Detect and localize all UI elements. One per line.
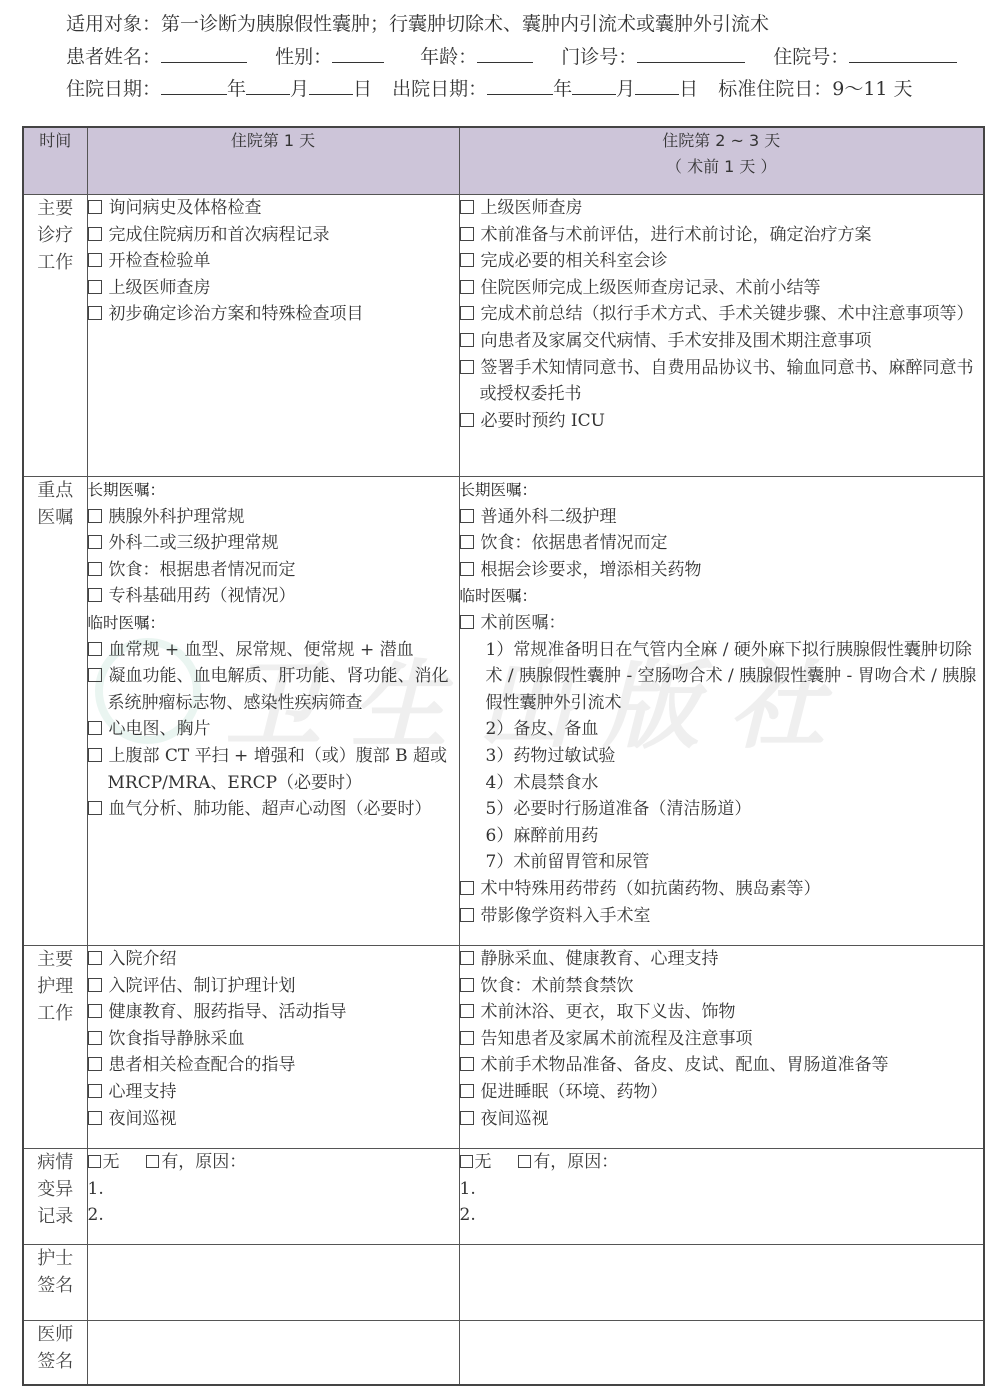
checkbox-icon[interactable] [460, 881, 474, 895]
checklist-item[interactable]: 上腹部 CT 平扫 + 增强和（或）腹部 B 超或 MRCP/MRA、ERCP（… [88, 743, 459, 796]
checklist-item[interactable]: 向患者及家属交代病情、手术安排及围术期注意事项 [460, 328, 984, 355]
item-text: 普通外科二级护理 [481, 507, 617, 527]
admission-day-field[interactable] [309, 72, 353, 95]
item-text: 专科基础用药（视情况） [109, 586, 296, 606]
checkbox-icon[interactable] [88, 280, 102, 294]
admission-date-label: 住院日期： [66, 78, 161, 100]
main-work-day23: 上级医师查房 术前准备与术前评估，进行术前讨论，确定治疗方案 完成必要的相关科室… [459, 195, 984, 477]
checkbox-icon[interactable] [88, 721, 102, 735]
row-doctor-signature: 医师 签名 [23, 1321, 984, 1385]
checkbox-icon[interactable] [460, 615, 474, 629]
checkbox-icon[interactable] [460, 306, 474, 320]
label-line: 变异 [24, 1176, 87, 1203]
checklist-item[interactable]: 开检查检验单 [88, 248, 459, 275]
item-text: 夜间巡视 [109, 1109, 177, 1129]
checkbox-icon[interactable] [460, 200, 474, 214]
checkbox-icon[interactable] [88, 306, 102, 320]
checkbox-icon[interactable] [460, 253, 474, 267]
nurse-signature-day23[interactable] [459, 1245, 984, 1321]
age-label: 年龄： [420, 46, 477, 68]
item-text: 初步确定诊治方案和特殊检查项目 [109, 304, 364, 324]
item-text: 住院医师完成上级医师查房记录、术前小结等 [481, 278, 821, 298]
checkbox-icon[interactable] [460, 1155, 473, 1168]
checklist-item[interactable]: 必要时预约 ICU [460, 408, 984, 435]
checkbox-icon[interactable] [460, 1004, 474, 1018]
variation-options: 无 有，原因： [460, 1149, 984, 1176]
label-line: 主要 [24, 195, 87, 222]
nursing-day23: 静脉采血、健康教育、心理支持 饮食：术前禁食禁饮 术前沐浴、更衣，取下义齿、饰物… [459, 946, 984, 1149]
month-label: 月 [290, 78, 309, 100]
row-main-work: 主要 诊疗 工作 询问病史及体格检查 完成住院病历和首次病程记录 开检查检验单 … [23, 195, 984, 477]
item-text: 健康教育、服药指导、活动指导 [109, 1002, 347, 1022]
checkbox-icon[interactable] [88, 1111, 102, 1125]
checklist-item[interactable]: 带影像学资料入手术室 [460, 903, 984, 930]
admission-month-field[interactable] [246, 72, 290, 95]
checklist-item[interactable]: 完成必要的相关科室会诊 [460, 248, 984, 275]
checklist-item[interactable]: 初步确定诊治方案和特殊检查项目 [88, 301, 459, 328]
checkbox-icon[interactable] [460, 509, 474, 523]
checkbox-icon[interactable] [460, 1111, 474, 1125]
checklist-item[interactable]: 完成住院病历和首次病程记录 [88, 222, 459, 249]
discharge-date-label: 出院日期： [392, 78, 487, 100]
gender-label: 性别： [275, 46, 332, 68]
form-intro: 适用对象：第一诊断为胰腺假性囊肿；行囊肿切除术、囊肿内引流术或囊肿外引流术 患者… [66, 8, 986, 104]
item-text: 静脉采血、健康教育、心理支持 [481, 949, 719, 969]
option-text: 无 [475, 1152, 492, 1172]
item-text: 心电图、胸片 [109, 719, 211, 739]
checklist-item[interactable]: 术前沐浴、更衣，取下义齿、饰物 [460, 999, 984, 1026]
checklist-item[interactable]: 上级医师查房 [88, 275, 459, 302]
checklist-item[interactable]: 普通外科二级护理 [460, 504, 984, 531]
row-nursing: 主要 护理 工作 入院介绍 入院评估、制订护理计划 健康教育、服药指导、活动指导… [23, 946, 984, 1149]
label-line: 签名 [24, 1348, 87, 1375]
checkbox-icon[interactable] [460, 413, 474, 427]
checklist-item[interactable]: 饮食指导静脉采血 [88, 1026, 459, 1053]
checkbox-icon[interactable] [88, 253, 102, 267]
checklist-item[interactable]: 完成术前总结（拟行手术方式、手术关键步骤、术中注意事项等） [460, 301, 984, 328]
checkbox-icon[interactable] [88, 535, 102, 549]
item-text: 术中特殊用药带药（如抗菌药物、胰岛素等） [481, 879, 821, 899]
admission-year-field[interactable] [161, 72, 227, 95]
long-term-orders-heading: 长期医嘱： [88, 477, 459, 504]
gender-field[interactable] [332, 40, 384, 63]
variation-none-option[interactable]: 无 [88, 1152, 120, 1172]
checklist-item[interactable]: 术前医嘱： [460, 610, 984, 637]
month-label: 月 [616, 78, 635, 100]
item-text: 患者相关检查配合的指导 [109, 1055, 296, 1075]
row-label-doctor-signature: 医师 签名 [23, 1321, 87, 1385]
label-line: 医嘱 [24, 504, 87, 531]
item-text: 饮食：术前禁食禁饮 [481, 976, 634, 996]
checkbox-icon[interactable] [88, 1004, 102, 1018]
patient-info-line: 患者姓名： 性别： 年龄： 门诊号： 住院号： [66, 40, 986, 72]
checkbox-icon[interactable] [88, 1057, 102, 1071]
item-text: 饮食：根据患者情况而定 [109, 560, 296, 580]
checklist-item[interactable]: 患者相关检查配合的指导 [88, 1052, 459, 1079]
checkbox-icon[interactable] [88, 509, 102, 523]
checklist-item[interactable]: 术中特殊用药带药（如抗菌药物、胰岛素等） [460, 876, 984, 903]
label-line: 诊疗 [24, 222, 87, 249]
row-key-orders: 重点 医嘱 长期医嘱： 胰腺外科护理常规 外科二或三级护理常规 饮食：根据患者情… [23, 477, 984, 946]
nursing-day1: 入院介绍 入院评估、制订护理计划 健康教育、服药指导、活动指导 饮食指导静脉采血… [87, 946, 459, 1149]
applicable-label: 适用对象： [66, 13, 161, 35]
outpatient-no-label: 门诊号： [561, 46, 637, 68]
item-text: 上级医师查房 [109, 278, 211, 298]
label-line: 签名 [24, 1272, 87, 1299]
item-text: 带影像学资料入手术室 [481, 906, 651, 926]
item-text: 签署手术知情同意书、自费用品协议书、输血同意书、麻醉同意书或授权委托书 [480, 358, 974, 405]
item-text: 夜间巡视 [481, 1109, 549, 1129]
checklist-item[interactable]: 专科基础用药（视情况） [88, 583, 459, 610]
checkbox-icon[interactable] [88, 562, 102, 576]
variation-options: 无 有，原因： [88, 1149, 459, 1176]
row-label-variation: 病情 变异 记录 [23, 1149, 87, 1245]
checkbox-icon[interactable] [88, 951, 102, 965]
day-label: 日 [353, 78, 372, 100]
variation-line-1[interactable]: 1. [460, 1176, 984, 1203]
row-label-nurse-signature: 护士 签名 [23, 1245, 87, 1321]
day-label: 日 [679, 78, 698, 100]
standard-stay-label: 标准住院日： [718, 78, 832, 100]
discharge-year-field[interactable] [487, 72, 553, 95]
row-label-main-work: 主要 诊疗 工作 [23, 195, 87, 477]
item-text: 询问病史及体格检查 [109, 198, 262, 218]
clinical-pathway-table: 时间 住院第 1 天 住院第 2 ~ 3 天 （ 术前 1 天 ） 主要 诊疗 … [22, 126, 985, 1386]
checkbox-icon[interactable] [88, 1031, 102, 1045]
checkbox-icon[interactable] [460, 978, 474, 992]
dates-line: 住院日期：年月日 出院日期：年月日 标准住院日：9～11 天 [66, 72, 986, 104]
checklist-item[interactable]: 夜间巡视 [460, 1106, 984, 1133]
label-line: 记录 [24, 1203, 87, 1230]
checklist-item[interactable]: 住院医师完成上级医师查房记录、术前小结等 [460, 275, 984, 302]
preop-subitem: 4）术晨禁食水 [460, 770, 984, 797]
checkbox-icon[interactable] [88, 1084, 102, 1098]
option-text: 无 [103, 1152, 120, 1172]
item-text: 告知患者及家属术前流程及注意事项 [481, 1029, 753, 1049]
label-line: 工作 [24, 1000, 87, 1027]
preop-subitem: 5）必要时行肠道准备（清洁肠道） [460, 796, 984, 823]
option-text: 有，原因： [533, 1152, 618, 1172]
item-text: 术前手术物品准备、备皮、皮试、配血、胃肠道准备等 [481, 1055, 889, 1075]
header-day1: 住院第 1 天 [87, 127, 459, 195]
checkbox-icon[interactable] [88, 748, 102, 762]
preop-subitem: 7）术前留胃管和尿管 [460, 849, 984, 876]
item-text: 完成必要的相关科室会诊 [481, 251, 668, 271]
checklist-item[interactable]: 告知患者及家属术前流程及注意事项 [460, 1026, 984, 1053]
checkbox-icon[interactable] [460, 280, 474, 294]
option-text: 有，原因： [161, 1152, 246, 1172]
checkbox-icon[interactable] [518, 1155, 531, 1168]
item-text: 入院评估、制订护理计划 [109, 976, 296, 996]
label-line: 工作 [24, 249, 87, 276]
patient-name-label: 患者姓名： [66, 46, 161, 68]
patient-name-field[interactable] [161, 40, 247, 63]
checklist-item[interactable]: 入院评估、制订护理计划 [88, 973, 459, 1000]
checkbox-icon[interactable] [88, 1155, 101, 1168]
checklist-item[interactable]: 胰腺外科护理常规 [88, 504, 459, 531]
checkbox-icon[interactable] [460, 1057, 474, 1071]
checklist-item[interactable]: 饮食：根据患者情况而定 [88, 557, 459, 584]
doctor-signature-day1[interactable] [87, 1321, 459, 1385]
checklist-item[interactable]: 促进睡眠（环境、药物） [460, 1079, 984, 1106]
checklist-item[interactable]: 饮食：依据患者情况而定 [460, 530, 984, 557]
checkbox-icon[interactable] [88, 978, 102, 992]
checkbox-icon[interactable] [460, 333, 474, 347]
checkbox-icon[interactable] [146, 1155, 159, 1168]
item-text: 心理支持 [109, 1082, 177, 1102]
checklist-item[interactable]: 上级医师查房 [460, 195, 984, 222]
checkbox-icon[interactable] [460, 951, 474, 965]
nurse-signature-day1[interactable] [87, 1245, 459, 1321]
checklist-item[interactable]: 健康教育、服药指导、活动指导 [88, 999, 459, 1026]
header-day23-line2: （ 术前 1 天 ） [460, 154, 984, 180]
label-line: 医师 [24, 1321, 87, 1348]
row-label-key-orders: 重点 医嘱 [23, 477, 87, 946]
item-text: 必要时预约 ICU [481, 411, 605, 431]
header-day23: 住院第 2 ~ 3 天 （ 术前 1 天 ） [459, 127, 984, 195]
item-text: 凝血功能、血电解质、肝功能、肾功能、消化系统肿瘤标志物、感染性疾病筛查 [108, 666, 449, 713]
checklist-item[interactable]: 血气分析、肺功能、超声心动图（必要时） [88, 796, 459, 823]
key-orders-day1: 长期医嘱： 胰腺外科护理常规 外科二或三级护理常规 饮食：根据患者情况而定 专科… [87, 477, 459, 946]
preop-subitem: 6）麻醉前用药 [460, 823, 984, 850]
checklist-item[interactable]: 外科二或三级护理常规 [88, 530, 459, 557]
checklist-item[interactable]: 术前手术物品准备、备皮、皮试、配血、胃肠道准备等 [460, 1052, 984, 1079]
item-text: 术前医嘱： [481, 613, 566, 633]
checkbox-icon[interactable] [88, 668, 102, 682]
item-text: 入院介绍 [109, 949, 177, 969]
applicable-line: 适用对象：第一诊断为胰腺假性囊肿；行囊肿切除术、囊肿内引流术或囊肿外引流术 [66, 8, 986, 40]
checkbox-icon[interactable] [460, 227, 474, 241]
variation-line-2[interactable]: 2. [88, 1202, 459, 1229]
checkbox-icon[interactable] [460, 1031, 474, 1045]
variation-day23: 无 有，原因： 1. 2. [459, 1149, 984, 1245]
variation-yes-option[interactable]: 有，原因： [518, 1152, 618, 1172]
variation-line-2[interactable]: 2. [460, 1202, 984, 1229]
outpatient-no-field[interactable] [637, 40, 745, 63]
checkbox-icon[interactable] [88, 801, 102, 815]
doctor-signature-day23[interactable] [459, 1321, 984, 1385]
age-field[interactable] [477, 40, 533, 63]
header-day23-line1: 住院第 2 ~ 3 天 [460, 128, 984, 154]
item-text: 饮食指导静脉采血 [109, 1029, 245, 1049]
checklist-item[interactable]: 签署手术知情同意书、自费用品协议书、输血同意书、麻醉同意书或授权委托书 [460, 355, 984, 408]
label-line: 病情 [24, 1149, 87, 1176]
checklist-item[interactable]: 根据会诊要求，增添相关药物 [460, 557, 984, 584]
item-text: 术前沐浴、更衣，取下义齿、饰物 [481, 1002, 736, 1022]
temporary-orders-heading: 临时医嘱： [88, 610, 459, 637]
checklist-item[interactable]: 心电图、胸片 [88, 716, 459, 743]
preop-subitem: 3）药物过敏试验 [460, 743, 984, 770]
variation-line-1[interactable]: 1. [88, 1176, 459, 1203]
item-text: 完成术前总结（拟行手术方式、手术关键步骤、术中注意事项等） [481, 304, 974, 324]
checklist-item[interactable]: 静脉采血、健康教育、心理支持 [460, 946, 984, 973]
header-time: 时间 [23, 127, 87, 195]
variation-yes-option[interactable]: 有，原因： [146, 1152, 246, 1172]
checkbox-icon[interactable] [88, 588, 102, 602]
checklist-item[interactable]: 血常规 + 血型、尿常规、便常规 + 潜血 [88, 637, 459, 664]
preop-subitem: 1）常规准备明日在气管内全麻 / 硬外麻下拟行胰腺假性囊肿切除术 / 胰腺假性囊… [460, 637, 984, 717]
checkbox-icon[interactable] [460, 535, 474, 549]
checklist-item[interactable]: 心理支持 [88, 1079, 459, 1106]
label-line: 重点 [24, 477, 87, 504]
label-line: 主要 [24, 946, 87, 973]
row-nurse-signature: 护士 签名 [23, 1245, 984, 1321]
item-text: 向患者及家属交代病情、手术安排及围术期注意事项 [481, 331, 872, 351]
discharge-day-field[interactable] [635, 72, 679, 95]
inpatient-no-label: 住院号： [773, 46, 849, 68]
checklist-item[interactable]: 凝血功能、血电解质、肝功能、肾功能、消化系统肿瘤标志物、感染性疾病筛查 [88, 663, 459, 716]
item-text: 上腹部 CT 平扫 + 增强和（或）腹部 B 超或 MRCP/MRA、ERCP（… [108, 746, 448, 793]
temporary-orders-heading: 临时医嘱： [460, 583, 984, 610]
item-text: 血常规 + 血型、尿常规、便常规 + 潜血 [109, 640, 414, 660]
variation-day1: 无 有，原因： 1. 2. [87, 1149, 459, 1245]
item-text: 根据会诊要求，增添相关药物 [481, 560, 702, 580]
inpatient-no-field[interactable] [849, 40, 957, 63]
item-text: 术前准备与术前评估，进行术前讨论，确定治疗方案 [481, 225, 872, 245]
key-orders-day23: 长期医嘱： 普通外科二级护理 饮食：依据患者情况而定 根据会诊要求，增添相关药物… [459, 477, 984, 946]
row-label-nursing: 主要 护理 工作 [23, 946, 87, 1149]
year-label: 年 [553, 78, 572, 100]
row-variation: 病情 变异 记录 无 有，原因： 1. 2. 无 有，原因： 1. 2. [23, 1149, 984, 1245]
checklist-item[interactable]: 夜间巡视 [88, 1106, 459, 1133]
item-text: 上级医师查房 [481, 198, 583, 218]
label-line: 护士 [24, 1245, 87, 1272]
item-text: 完成住院病历和首次病程记录 [109, 225, 330, 245]
checklist-item[interactable]: 饮食：术前禁食禁饮 [460, 973, 984, 1000]
checklist-item[interactable]: 术前准备与术前评估，进行术前讨论，确定治疗方案 [460, 222, 984, 249]
checkbox-icon[interactable] [460, 562, 474, 576]
checkbox-icon[interactable] [460, 908, 474, 922]
checkbox-icon[interactable] [88, 200, 102, 214]
discharge-month-field[interactable] [572, 72, 616, 95]
checkbox-icon[interactable] [88, 227, 102, 241]
item-text: 血气分析、肺功能、超声心动图（必要时） [109, 799, 432, 819]
header-row: 时间 住院第 1 天 住院第 2 ~ 3 天 （ 术前 1 天 ） [23, 127, 984, 195]
standard-stay-value: 9～11 天 [832, 78, 912, 100]
applicable-text: 第一诊断为胰腺假性囊肿；行囊肿切除术、囊肿内引流术或囊肿外引流术 [161, 13, 769, 35]
checklist-item[interactable]: 询问病史及体格检查 [88, 195, 459, 222]
item-text: 促进睡眠（环境、药物） [481, 1082, 668, 1102]
item-text: 饮食：依据患者情况而定 [481, 533, 668, 553]
label-line: 护理 [24, 973, 87, 1000]
item-text: 开检查检验单 [109, 251, 211, 271]
variation-none-option[interactable]: 无 [460, 1152, 492, 1172]
checkbox-icon[interactable] [460, 1084, 474, 1098]
year-label: 年 [227, 78, 246, 100]
main-work-day1: 询问病史及体格检查 完成住院病历和首次病程记录 开检查检验单 上级医师查房 初步… [87, 195, 459, 477]
item-text: 外科二或三级护理常规 [109, 533, 279, 553]
checkbox-icon[interactable] [460, 360, 474, 374]
preop-subitem: 2）备皮、备血 [460, 716, 984, 743]
long-term-orders-heading: 长期医嘱： [460, 477, 984, 504]
checkbox-icon[interactable] [88, 642, 102, 656]
checklist-item[interactable]: 入院介绍 [88, 946, 459, 973]
item-text: 胰腺外科护理常规 [109, 507, 245, 527]
